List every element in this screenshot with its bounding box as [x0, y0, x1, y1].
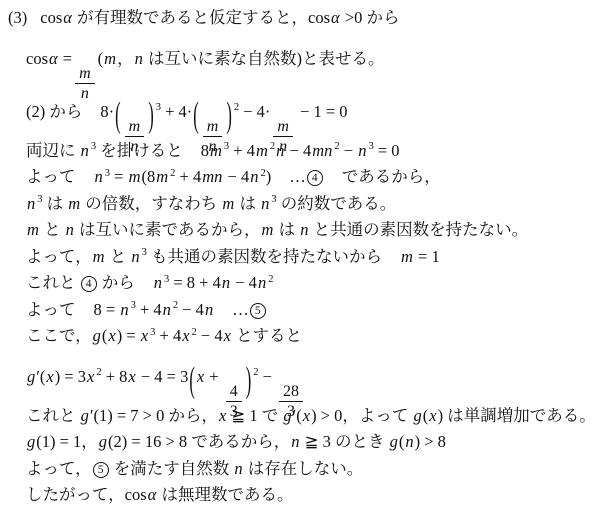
math-variable: g	[389, 432, 399, 451]
math-variable: n	[233, 459, 243, 478]
math-variable: n	[26, 194, 36, 213]
text-run: >0 から	[341, 8, 400, 27]
math-variable: m	[221, 194, 235, 213]
math-variable: x	[302, 406, 311, 425]
text-run: は互いに素な自然数)と表せる。	[144, 49, 385, 68]
text-run: (3)	[8, 8, 27, 27]
text-run: の約数である。	[277, 194, 397, 213]
text-run: = 8 + 4	[169, 273, 221, 292]
text-run: よって，	[26, 459, 92, 478]
text-run: ′(	[36, 367, 45, 386]
doc-line: これと 4 からn3 = 8 + 4n − 4n2	[26, 270, 607, 297]
fraction-numerator: 28	[279, 383, 303, 403]
text-run: は互いに素であるから，	[75, 220, 261, 239]
text-run: = 0	[374, 141, 400, 160]
math-variable: α	[147, 485, 158, 504]
math-variable: m	[128, 167, 142, 186]
text-run: ) =	[117, 326, 140, 345]
big-paren: (	[188, 322, 196, 436]
math-variable: g	[80, 406, 90, 425]
math-variable: m	[255, 141, 269, 160]
math-variable: x	[223, 326, 232, 345]
doc-line: m と n は互いに素であるから，m は n と共通の素因数を持たない。	[26, 217, 607, 244]
big-paren: (	[114, 57, 122, 171]
math-variable: n	[404, 432, 414, 451]
fraction-numerator: m	[125, 118, 145, 138]
document-page: (3)cosα が有理数であると仮定すると，cosα >0 からcosα =mn…	[0, 0, 609, 516]
text-run: )	[266, 167, 272, 186]
math-variable: m	[261, 220, 275, 239]
text-run: + 4	[155, 326, 181, 345]
text-run: ≧ 1 で	[227, 406, 282, 425]
big-paren: )	[147, 57, 155, 171]
text-run: ′(	[293, 406, 302, 425]
text-run: ) > 0，よって	[311, 406, 412, 425]
circled-number: 4	[81, 276, 97, 292]
text-run: を掛けると	[96, 141, 183, 160]
text-run: これと	[26, 406, 80, 425]
math-variable: n	[94, 167, 104, 186]
text-run: ′(1) = 7 > 0 から，	[90, 406, 218, 425]
math-variable: g	[92, 326, 102, 345]
doc-line: g′(x) = 3x2 + 8x − 4 = 3(x + 43)2 − 283	[26, 350, 607, 403]
text-run: から	[98, 273, 135, 292]
text-run: ≧ 3 のとき	[301, 432, 389, 451]
text-run: 両辺に	[26, 141, 80, 160]
math-variable: n	[257, 273, 267, 292]
text-run: cos	[40, 8, 62, 27]
text-run: は存在しない。	[244, 459, 364, 478]
text-run: は	[235, 194, 260, 213]
text-run: − 1 = 0	[296, 102, 348, 121]
doc-line: よって，5 を満たす自然数 n は存在しない。	[26, 456, 607, 483]
text-run: + 4	[136, 300, 162, 319]
doc-line: (3)cosα が有理数であると仮定すると，cosα >0 から	[8, 5, 607, 32]
text-run: ) は単調増加である。	[438, 406, 596, 425]
math-variable: α	[48, 49, 59, 68]
text-run: ここで，	[26, 326, 92, 345]
text-run: −	[340, 141, 358, 160]
text-run: よって	[26, 300, 76, 319]
text-run: と	[40, 220, 65, 239]
math-variable: n	[204, 300, 214, 319]
math-variable: x	[45, 367, 54, 386]
math-variable: mn	[201, 167, 223, 186]
math-variable: m	[67, 194, 81, 213]
fraction-numerator: m	[273, 118, 293, 138]
math-variable: x	[428, 406, 437, 425]
text-run: 8 =	[94, 300, 120, 319]
math-variable: n	[130, 247, 140, 266]
math-variable: n	[275, 141, 285, 160]
math-variable: n	[299, 220, 309, 239]
text-run: +	[205, 367, 223, 386]
text-run: ) = 3	[55, 367, 86, 386]
math-variable: n	[80, 141, 90, 160]
math-variable: α	[62, 8, 73, 27]
math-variable: g	[413, 406, 423, 425]
text-run: = 1	[414, 247, 440, 266]
text-run: とすると	[232, 326, 302, 345]
math-variable: x	[140, 326, 149, 345]
doc-line: これと g′(1) = 7 > 0 から，x ≧ 1 で g′(x) > 0，よ…	[26, 403, 607, 430]
text-run: であるから，	[342, 167, 441, 186]
text-run: (1) = 1，	[36, 432, 98, 451]
superscript: 2	[267, 274, 273, 285]
fraction-numerator: 4	[226, 383, 242, 403]
fraction-numerator: m	[203, 118, 223, 138]
math-variable: n	[134, 49, 144, 68]
circled-number: 5	[250, 303, 266, 319]
math-variable: x	[196, 367, 205, 386]
math-variable: n	[119, 300, 129, 319]
doc-line: ここで，g(x) = x3 + 4x2 − 4x とすると	[26, 323, 607, 350]
big-paren: )	[225, 57, 233, 171]
text-run: も共通の素因数を持たないから	[147, 247, 382, 266]
math-variable: x	[107, 326, 116, 345]
text-run: + 4	[229, 141, 255, 160]
math-variable: x	[86, 367, 95, 386]
math-variable: g	[26, 432, 36, 451]
text-run: これと	[26, 273, 80, 292]
math-variable: n	[260, 194, 270, 213]
text-run: − 4·	[239, 102, 270, 121]
big-paren: (	[192, 57, 200, 171]
math-variable: g	[26, 367, 36, 386]
math-variable: x	[127, 367, 136, 386]
text-run: − 4 = 3	[137, 367, 189, 386]
text-run: と	[106, 247, 131, 266]
text-run: − 4	[285, 141, 311, 160]
text-run: cos	[26, 49, 48, 68]
doc-line: よって8 = n3 + 4n2 − 4n…5	[26, 297, 607, 324]
math-variable: g	[98, 432, 108, 451]
math-variable: n	[290, 432, 300, 451]
text-run: は無理数である。	[157, 485, 293, 504]
text-run: したがって，cos	[26, 485, 147, 504]
math-variable: m	[26, 220, 40, 239]
text-run: よって	[26, 167, 76, 186]
math-variable: m	[400, 247, 414, 266]
math-variable: n	[65, 220, 75, 239]
text-run: と共通の素因数を持たない。	[309, 220, 528, 239]
text-run: −	[258, 367, 276, 386]
math-variable: n	[162, 300, 172, 319]
math-variable: n	[357, 141, 367, 160]
text-run: の倍数，すなわち	[81, 194, 221, 213]
text-run: (2) から	[26, 102, 82, 121]
text-run: …	[289, 167, 306, 186]
text-run: は	[274, 220, 299, 239]
doc-line: g(1) = 1，g(2) = 16 > 8 であるから，n ≧ 3 のとき g…	[26, 429, 607, 456]
text-run: 8·	[100, 102, 114, 121]
math-variable: m	[92, 247, 106, 266]
fraction-numerator: m	[75, 65, 95, 85]
doc-line: よって，m と n3 も共通の素因数を持たないからm = 1	[26, 244, 607, 271]
text-run: が有理数であると仮定すると，cos	[73, 8, 330, 27]
math-variable: n	[249, 167, 259, 186]
math-variable: α	[330, 8, 341, 27]
doc-line: n3 は m の倍数，すなわち m は n3 の約数である。	[26, 191, 607, 218]
text-run: 8	[201, 141, 209, 160]
text-run: を満たす自然数	[110, 459, 234, 478]
text-run: ) > 8	[415, 432, 446, 451]
text-run: =	[59, 49, 72, 68]
math-variable: mn	[311, 141, 333, 160]
math-variable: m	[155, 167, 169, 186]
math-variable: x	[218, 406, 227, 425]
doc-line: したがって，cosα は無理数である。	[26, 482, 607, 509]
text-run: は	[43, 194, 68, 213]
text-run: よって，	[26, 247, 92, 266]
text-run: + 8	[102, 367, 128, 386]
big-paren: )	[245, 322, 253, 436]
math-variable: m	[209, 141, 223, 160]
text-run: + 4·	[161, 102, 192, 121]
circled-number: 5	[93, 462, 109, 478]
text-run: (2) = 16 > 8 であるから，	[108, 432, 290, 451]
doc-line: (2) から8·(mn)3 + 4·(mn)2 − 4·mn − 1 = 0	[26, 85, 607, 138]
math-variable: n	[221, 273, 231, 292]
math-variable: g	[282, 406, 292, 425]
text-run: …	[232, 300, 249, 319]
text-run: − 4	[231, 273, 257, 292]
circled-number: 4	[307, 170, 323, 186]
text-run: − 4	[197, 326, 223, 345]
math-variable: n	[153, 273, 163, 292]
text-run: − 4	[178, 300, 204, 319]
